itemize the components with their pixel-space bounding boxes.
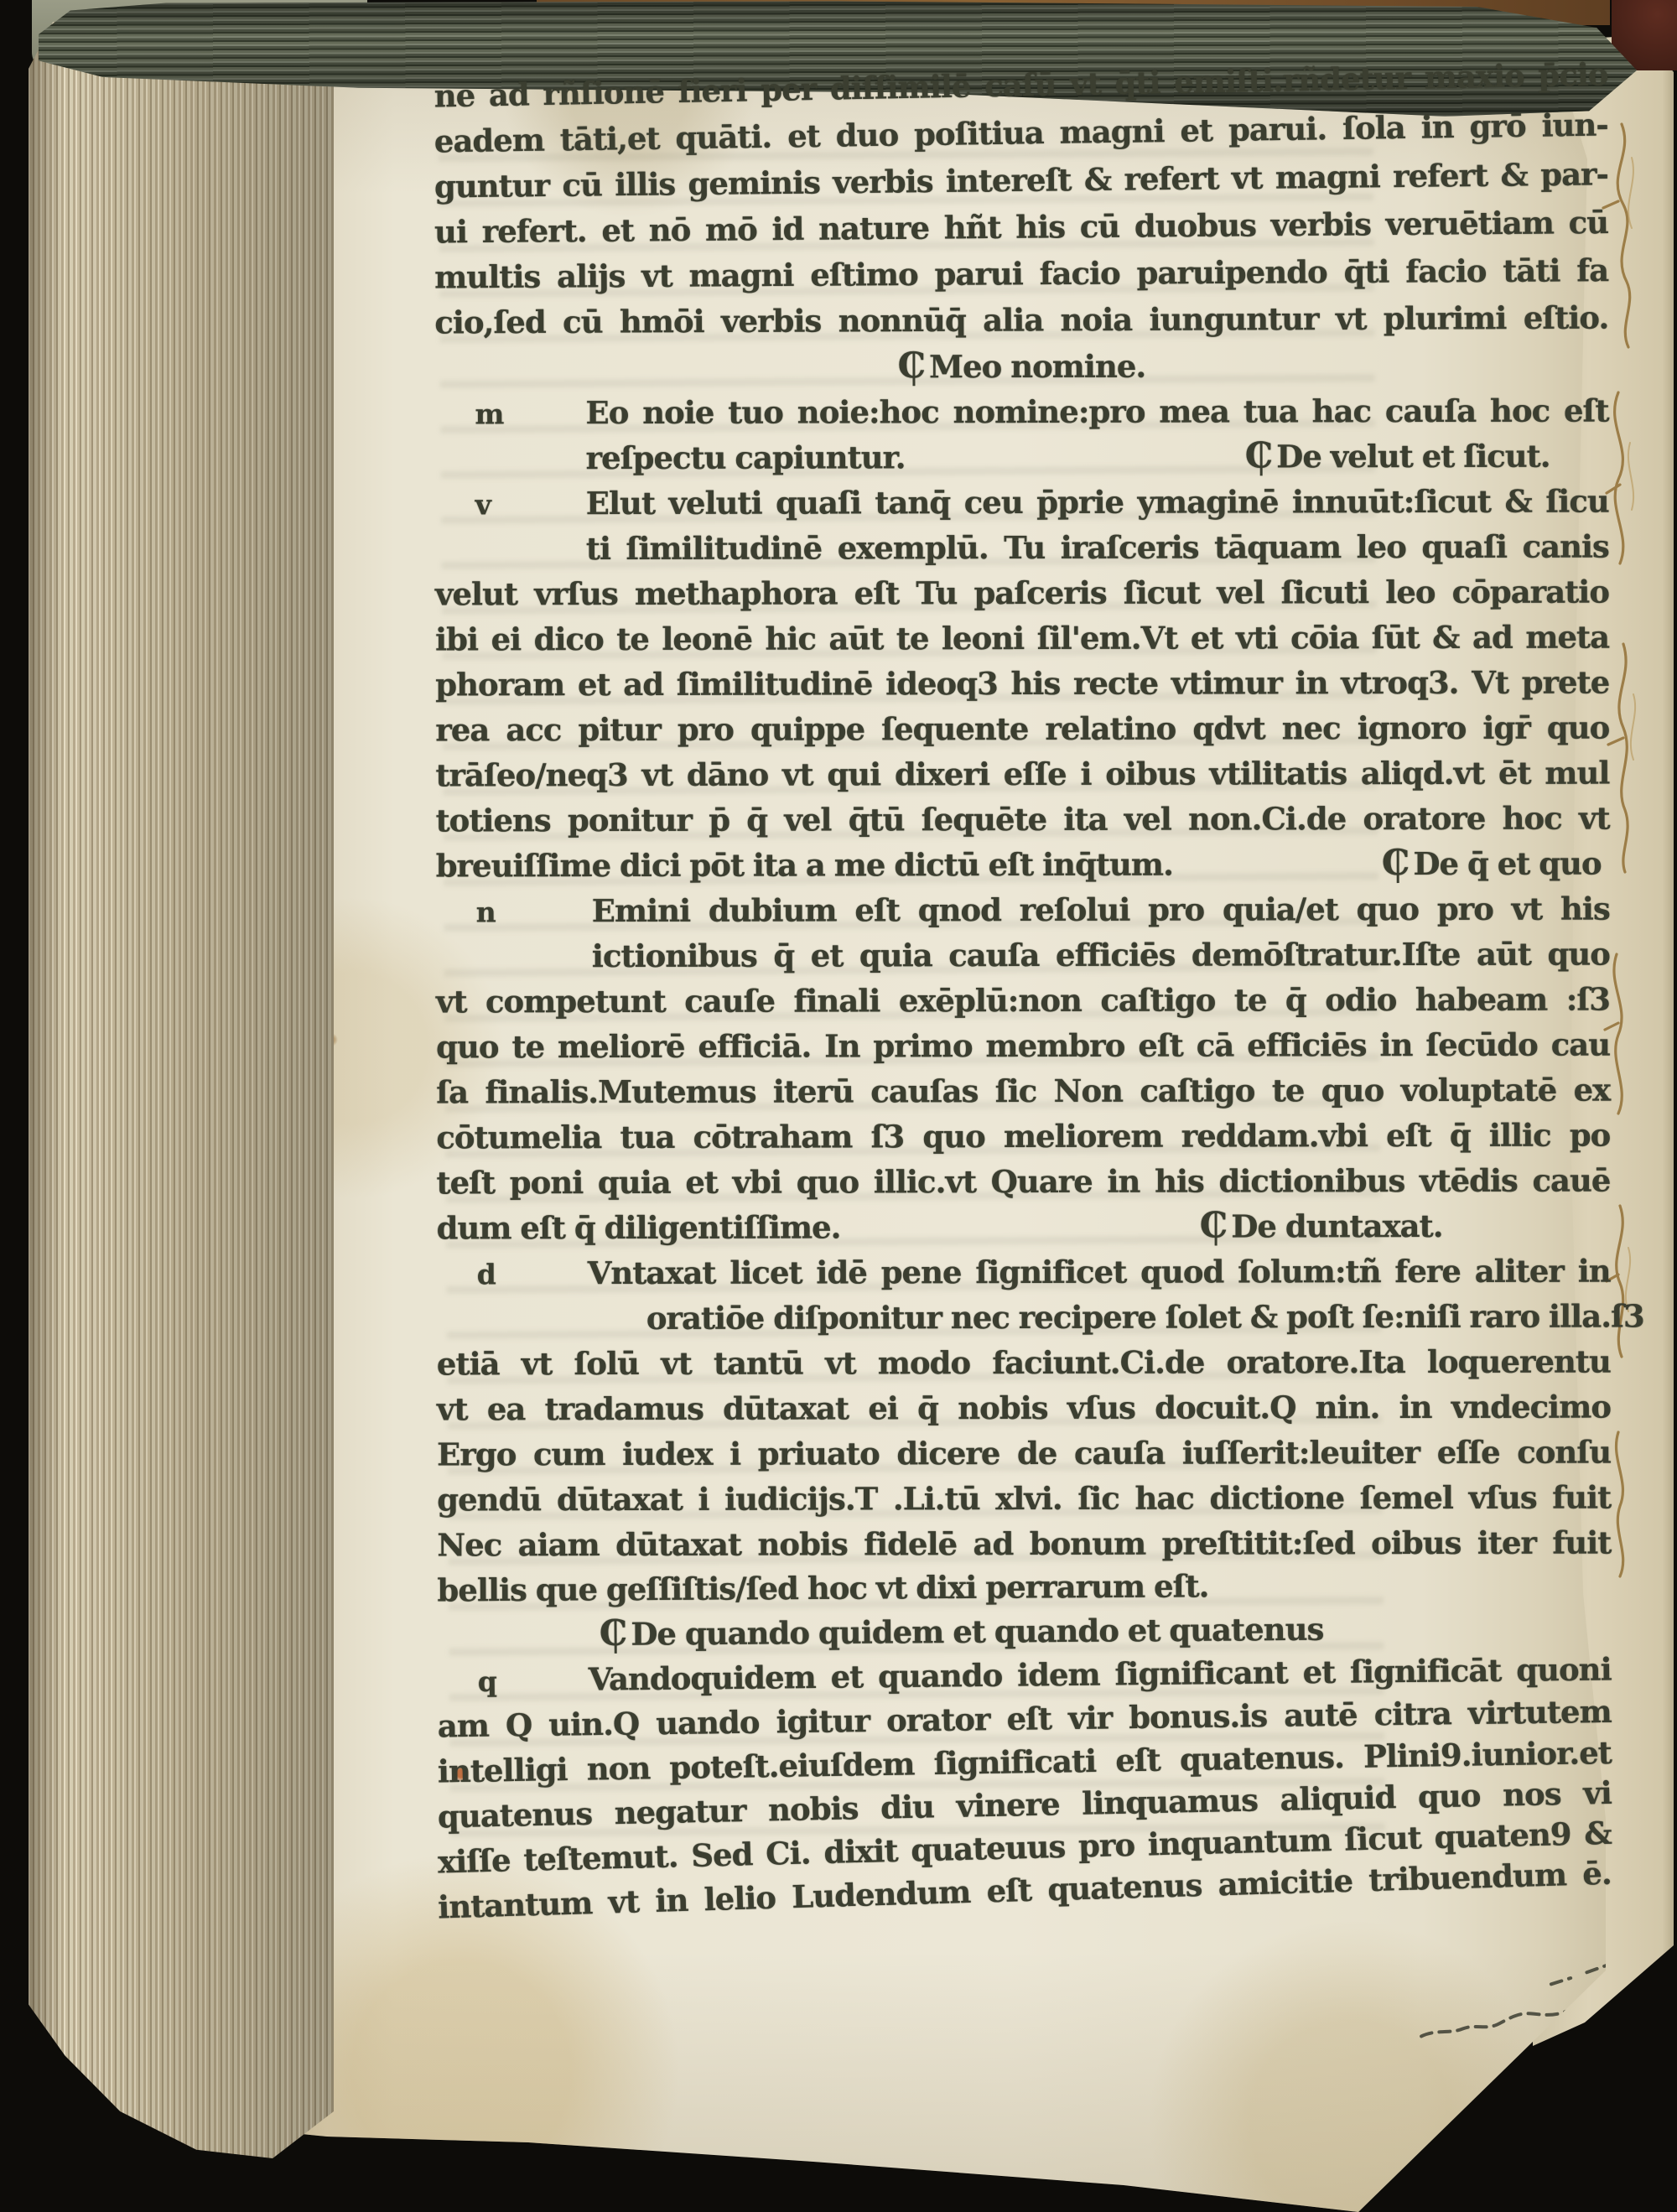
line-text: reſpectu capiuntur. — [586, 434, 906, 480]
text-line: phoram et ad ſimilitudinē ideoq3 his rec… — [435, 660, 1609, 708]
line-text: velut vrſus methaphora eſt Tu paſceris ſ… — [435, 574, 1609, 613]
page-stack-fore-edge — [29, 22, 334, 2158]
text-line: teſt poni quia et vbi quo illic.vt Quare… — [436, 1158, 1610, 1206]
line-text: Elut veluti quaſi tanq̄ ceu p̄prie ymagi… — [586, 483, 1609, 522]
line-text: ſa finalis.Mutemus iterū cauſas ſic Non … — [436, 1072, 1610, 1111]
text-line: ſa finalis.Mutemus iterū cauſas ſic Non … — [436, 1067, 1610, 1115]
text-line: multis alijs vt magni eſtimo parui facio… — [434, 247, 1608, 299]
guide-letter: q — [477, 1662, 496, 1702]
text-line: etiā vt ſolū vt tantū vt modo faciunt.Ci… — [437, 1339, 1611, 1387]
guide-letter: d — [477, 1254, 496, 1295]
line-text: cōtumelia tua cōtraham ſ3 quo meliorem r… — [436, 1117, 1610, 1156]
book-photo: ne ad rñſionē fieri per diſſimilē caſū v… — [0, 0, 1677, 2212]
line-text: Ergo cum iudex i priuato dicere de cauſa… — [437, 1434, 1611, 1473]
text-line: cio,ſed cū hmōi verbis nonnūq̄ alia noia… — [434, 295, 1608, 345]
text-line: breuiſſime dici pōt ita a me dictū eſt i… — [436, 841, 1610, 889]
text-line: rea acc pitur pro quippe ſequente relati… — [435, 705, 1609, 753]
printed-text-block: ne ad rñſionē fieri per diſſimilē caſū v… — [434, 71, 1612, 1930]
inline-heading: CDe velut et ſicut. — [1245, 434, 1550, 480]
line-text: ti ſimilitudinē exemplū. Tu iraſceris tā… — [586, 528, 1609, 568]
text-line: Nec aiam dūtaxat nobis fidelē ad bonum p… — [437, 1520, 1611, 1568]
line-text: vt ea tradamus dūtaxat ei q̄ nobis vſus … — [437, 1389, 1611, 1428]
line-text: guntur cū illis geminis verbis intereſt … — [434, 155, 1608, 205]
heading-text: De q̄ et quo — [1413, 845, 1601, 882]
line-text: phoram et ad ſimilitudinē ideoq3 his rec… — [435, 664, 1609, 704]
line-text: Vntaxat licet idē pene ſignificet quod ſ… — [588, 1253, 1611, 1292]
text-line: vt ea tradamus dūtaxat ei q̄ nobis vſus … — [437, 1384, 1611, 1432]
text-line: gendū dūtaxat i iudicijs.T .Li.tū xlvi. … — [437, 1475, 1611, 1523]
text-line: dum eſt q̄ diligentiſſime.CDe duntaxat. — [437, 1203, 1611, 1251]
text-line: ibi ei dico te leonē hic aūt te leoni ſi… — [435, 615, 1609, 662]
line-text: breuiſſime dici pōt ita a me dictū eſt i… — [436, 842, 1173, 889]
pilcrow-icon: C — [1245, 437, 1273, 472]
line-text: Emini dubium eſt qnod reſolui pro quia/e… — [592, 891, 1610, 930]
line-text: vt competunt cauſe finali exēplū:non caſ… — [436, 981, 1610, 1020]
line-text: gendū dūtaxat i iudicijs.T .Li.tū xlvi. … — [437, 1479, 1611, 1519]
line-text: ui refert. et nō mō id nature hñt his cū… — [434, 204, 1608, 250]
text-line: reſpectu capiuntur.CDe velut et ſicut. — [435, 434, 1609, 481]
line-text: bellis que geſſiſtis/ſed hoc vt dixi per… — [437, 1567, 1208, 1608]
text-line: trāſeo/neq3 vt dāno vt qui dixeri eſſe i… — [435, 750, 1609, 798]
line-text: teſt poni quia et vbi quo illic.vt Quare… — [436, 1162, 1610, 1202]
line-text: etiā vt ſolū vt tantū vt modo faciunt.Ci… — [437, 1343, 1611, 1383]
text-line: ui refert. et nō mō id nature hñt his cū… — [434, 200, 1608, 254]
line-text: multis alijs vt magni eſtimo parui facio… — [434, 252, 1608, 295]
inline-heading: CDe duntaxat. — [1200, 1203, 1443, 1249]
guide-letter: v — [475, 485, 491, 525]
line-text: Nec aiam dūtaxat nobis fidelē ad bonum p… — [437, 1524, 1611, 1564]
heading-text: De duntaxat. — [1231, 1207, 1442, 1245]
section-heading: CMeo nomine. — [434, 343, 1608, 391]
text-line: quo te meliorē efficiā. In primo membro … — [436, 1022, 1610, 1070]
line-text: ibi ei dico te leonē hic aūt te leoni ſi… — [435, 619, 1609, 658]
heading-text: De velut et ſicut. — [1276, 438, 1550, 475]
text-line: cōtumelia tua cōtraham ſ3 quo meliorem r… — [436, 1113, 1610, 1161]
text-line: ictionibus q̄ et quia cauſa efficiēs dem… — [436, 932, 1610, 979]
guide-letter: m — [475, 394, 503, 434]
pilcrow-icon: C — [1200, 1207, 1228, 1242]
inline-heading: CDe q̄ et quo — [1382, 841, 1602, 887]
pilcrow-icon: C — [1382, 844, 1410, 880]
line-text: ictionibus q̄ et quia cauſa efficiēs dem… — [592, 936, 1610, 975]
line-text: trāſeo/neq3 vt dāno vt qui dixeri eſſe i… — [435, 755, 1609, 794]
line-text: cio,ſed cū hmōi verbis nonnūq̄ alia noia… — [434, 299, 1608, 341]
text-line: oratiōe diſponitur nec recipere ſolet & … — [437, 1294, 1611, 1342]
guide-letter: n — [476, 892, 496, 932]
heading-text: Meo nomine. — [929, 348, 1145, 386]
pilcrow-icon: C — [600, 1615, 627, 1650]
text-line: totiens ponitur p̄ q̄ vel q̄tū ſequēte i… — [435, 796, 1609, 844]
heading-text: De quando quidem et quando et quatenus — [631, 1611, 1323, 1653]
line-text: rea acc pitur pro quippe ſequente relati… — [435, 709, 1609, 749]
text-line: ti ſimilitudinē exemplū. Tu iraſceris tā… — [435, 524, 1609, 572]
text-line: nEmini dubium eſt qnod reſolui pro quia/… — [436, 886, 1610, 934]
text-line: vElut veluti quaſi tanq̄ ceu p̄prie ymag… — [435, 479, 1609, 527]
text-line: mEo noie tuo noie:hoc nomine:pro mea tua… — [434, 388, 1608, 436]
text-line: vt competunt cauſe finali exēplū:non caſ… — [436, 977, 1610, 1025]
text-line: velut vrſus methaphora eſt Tu paſceris ſ… — [435, 569, 1609, 617]
line-text: Eo noie tuo noie:hoc nomine:pro mea tua … — [585, 392, 1608, 432]
line-text: dum eſt q̄ diligentiſſime. — [437, 1204, 841, 1250]
pilcrow-icon: C — [897, 347, 925, 382]
line-text: oratiōe diſponitur nec recipere ſolet & … — [646, 1297, 1644, 1336]
line-text: quo te meliorē efficiā. In primo membro … — [436, 1026, 1610, 1066]
text-line: dVntaxat licet idē pene ſignificet quod … — [437, 1249, 1611, 1296]
line-text: totiens ponitur p̄ q̄ vel q̄tū ſequēte i… — [436, 800, 1610, 839]
text-line: Ergo cum iudex i priuato dicere de cauſa… — [437, 1430, 1611, 1477]
